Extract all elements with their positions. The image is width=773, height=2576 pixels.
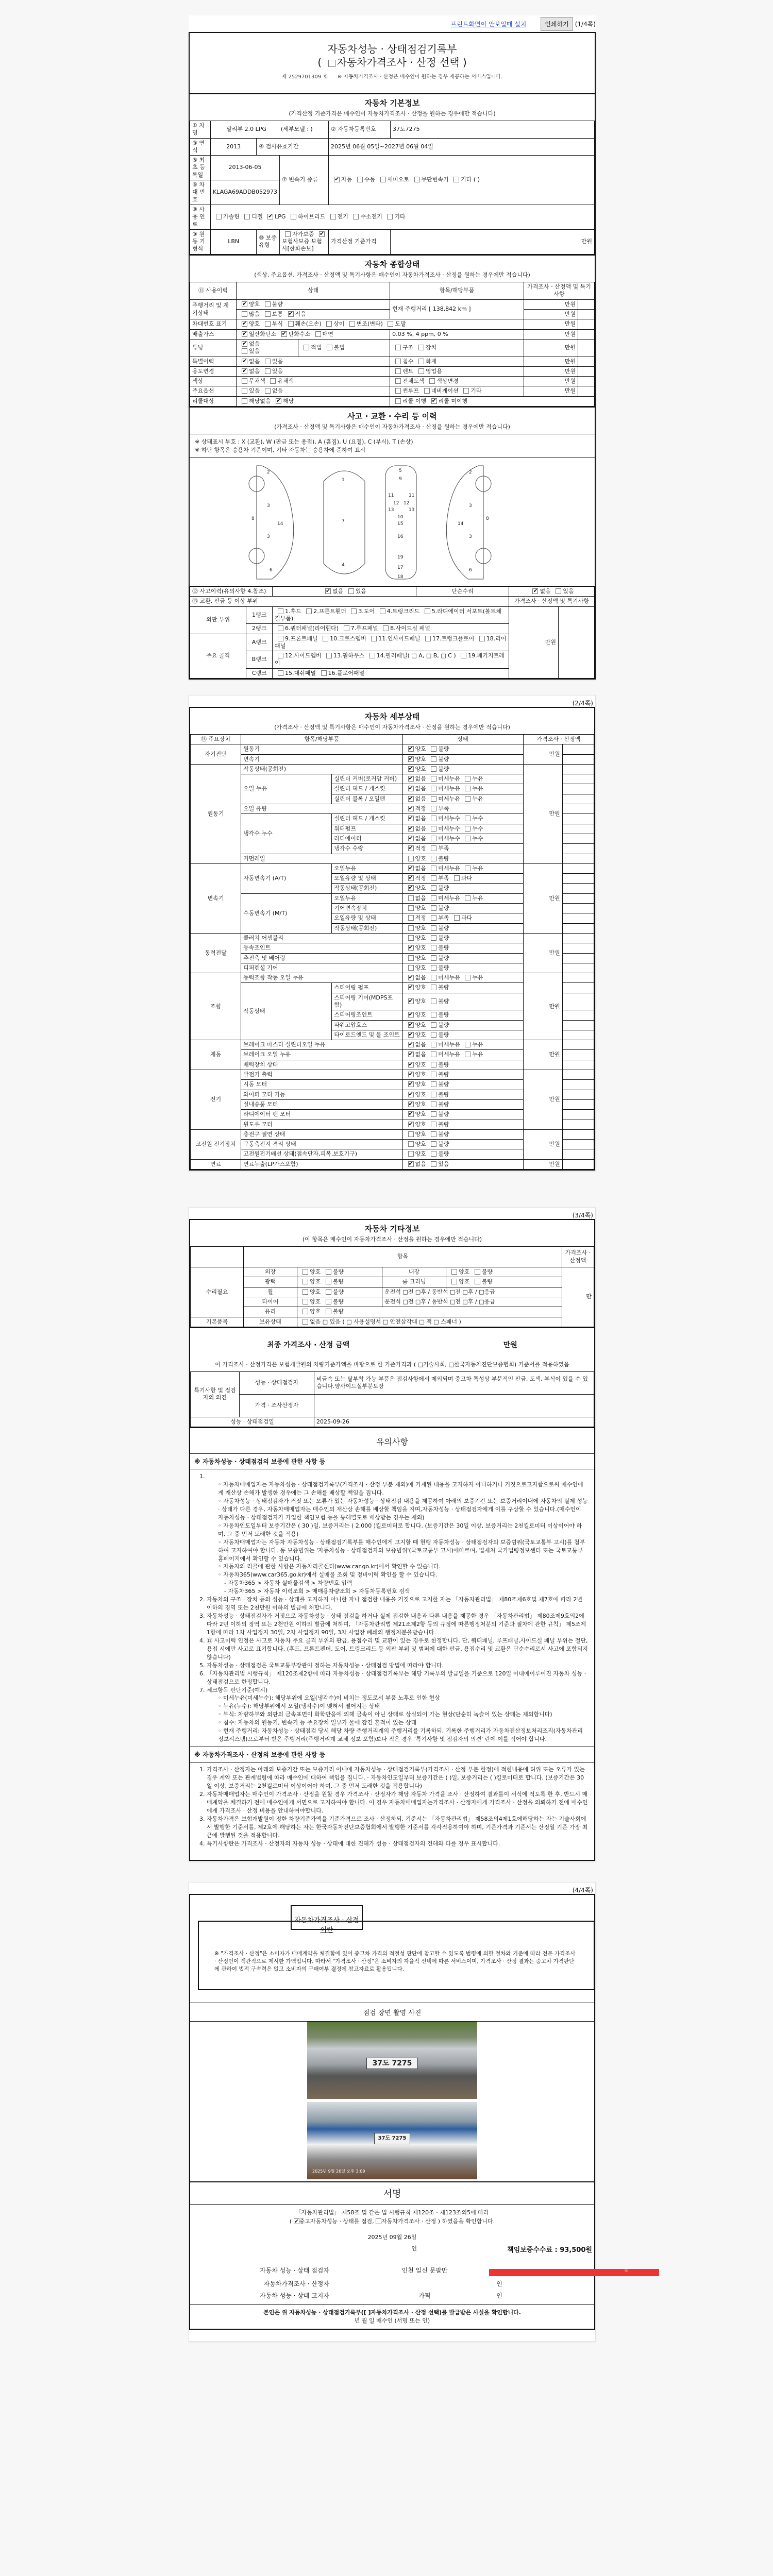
- svg-text:7: 7: [342, 519, 345, 524]
- checkbox[interactable]: [431, 998, 436, 1004]
- year-value: 2013: [211, 138, 257, 156]
- checkbox[interactable]: [465, 776, 470, 782]
- checkbox[interactable]: [431, 826, 436, 832]
- checkbox[interactable]: [242, 301, 247, 307]
- checkbox[interactable]: [395, 359, 401, 364]
- checkbox[interactable]: [431, 1131, 436, 1137]
- checkbox[interactable]: [326, 1299, 331, 1304]
- checkbox[interactable]: [408, 1122, 414, 1127]
- checkbox[interactable]: [418, 345, 424, 350]
- checkbox[interactable]: [303, 1279, 308, 1284]
- checkbox[interactable]: [451, 1279, 457, 1284]
- checkbox[interactable]: [465, 786, 470, 791]
- checkbox[interactable]: [431, 895, 436, 901]
- checkbox[interactable]: [408, 975, 414, 980]
- table-row: 주행거리 및 계기상태양호 불량현재 주행거리 [ 138,842 km ]만원: [190, 299, 595, 309]
- notice-title: 유의사항: [190, 1427, 594, 1453]
- checkbox[interactable]: [408, 1012, 414, 1018]
- checkbox[interactable]: [408, 998, 414, 1004]
- checkbox[interactable]: [326, 1289, 331, 1295]
- name-value: 말리부 2.0 LPG (세부모델 : ): [211, 121, 329, 139]
- checkbox[interactable]: [216, 214, 222, 219]
- checkbox[interactable]: [265, 388, 271, 394]
- photo-title: 점검 장면 촬영 사진: [190, 2003, 594, 2022]
- checkbox[interactable]: [431, 796, 436, 802]
- checkbox[interactable]: [431, 1022, 436, 1028]
- checkbox[interactable]: [380, 608, 385, 614]
- warranty-options: 자가보증 보험사보증 보험사[한화손보]: [279, 229, 328, 254]
- checkbox[interactable]: [265, 368, 271, 374]
- checkbox[interactable]: [431, 1032, 436, 1038]
- checkbox[interactable]: [431, 1101, 436, 1107]
- checkbox[interactable]: [278, 670, 283, 676]
- svg-text:13: 13: [388, 507, 394, 513]
- table-row: 배출가스일산화탄소 탄화수소 매연0.03 %, 4 ppm, 0 %만원: [190, 329, 595, 339]
- checkbox[interactable]: [408, 965, 414, 971]
- checkbox[interactable]: [265, 301, 271, 307]
- checkbox[interactable]: [408, 796, 414, 802]
- checkbox[interactable]: [319, 231, 325, 237]
- checkbox[interactable]: [453, 177, 459, 182]
- checkbox[interactable]: [288, 321, 294, 327]
- checkbox[interactable]: [408, 766, 414, 772]
- checkbox[interactable]: [408, 756, 414, 762]
- svg-text:9: 9: [399, 477, 402, 482]
- svg-text:4: 4: [342, 563, 345, 568]
- checkbox[interactable]: [431, 786, 436, 791]
- table-row: 전기발전기 출력양호 불량만원: [191, 1070, 594, 1080]
- checkbox[interactable]: [556, 588, 561, 594]
- page-4: (4/4쪽) 자동차가격조사 · 산정이란 ※ "가격조사 · 산정"은 소비자…: [189, 1882, 596, 2342]
- notice-heading-1: ※ 자동차성능 · 상태점검의 보증에 관한 사항 등: [190, 1453, 594, 1469]
- reg-label: ② 자동차등록번호: [328, 121, 390, 139]
- final-price-row: 최종 가격조사 · 산정 금액 만원: [190, 1327, 594, 1358]
- checkbox[interactable]: [408, 895, 414, 901]
- page-number-3: (3/4쪽): [189, 1208, 595, 1219]
- price-survey-checkbox-2[interactable]: [376, 2218, 381, 2224]
- table-row: 특별이력없음 있음침수 화재만원: [190, 357, 595, 366]
- accident-subtitle: (가격조사 · 산정액 및 특기사항은 매수인이 자동차가격조사 · 산정을 원…: [190, 422, 595, 434]
- checkbox[interactable]: [408, 1032, 414, 1038]
- checkbox[interactable]: [461, 653, 466, 658]
- checkbox[interactable]: [270, 378, 276, 384]
- table-row: 리콜대상해당없음 해당리콜 이행 리콜 미이행: [190, 396, 595, 406]
- checkbox[interactable]: [431, 985, 436, 990]
- checkbox[interactable]: [454, 875, 460, 881]
- checkbox[interactable]: [395, 378, 401, 384]
- svg-text:11: 11: [409, 493, 414, 498]
- svg-text:10: 10: [397, 515, 404, 520]
- checkbox[interactable]: [408, 1072, 414, 1077]
- checkbox[interactable]: [475, 1269, 480, 1275]
- checkbox[interactable]: [387, 214, 393, 219]
- checkbox[interactable]: [278, 653, 283, 658]
- checkbox[interactable]: [429, 378, 435, 384]
- svg-text:8: 8: [486, 516, 489, 521]
- svg-text:1: 1: [342, 478, 345, 483]
- vin-value: KLAGA69ADDB052973: [211, 180, 280, 205]
- checkbox[interactable]: [242, 348, 247, 354]
- price-survey-checkbox[interactable]: [328, 60, 335, 67]
- checkbox[interactable]: [431, 1052, 436, 1057]
- checkbox[interactable]: [281, 331, 287, 337]
- trans-options: 자동 수동 세미오토 무단변속기 기타 ( ): [328, 156, 594, 205]
- top-toolbar: 프린트화면이 안보일때 설치 인쇄하기 (1/4쪽): [189, 15, 596, 32]
- checkbox[interactable]: [431, 1111, 436, 1117]
- checkbox[interactable]: [408, 925, 414, 931]
- checkbox[interactable]: [431, 398, 437, 404]
- checkbox[interactable]: [334, 177, 340, 182]
- checkbox[interactable]: [408, 866, 414, 871]
- checkbox[interactable]: [351, 608, 357, 614]
- notice-heading-2: ※ 자동차가격조사 · 산정의 보증에 관한 사항 등: [190, 1747, 594, 1762]
- checkbox[interactable]: [414, 177, 420, 182]
- checkbox[interactable]: [431, 766, 436, 772]
- checkbox[interactable]: [380, 177, 386, 182]
- checkbox[interactable]: [303, 1289, 308, 1295]
- svg-text:6: 6: [469, 568, 472, 573]
- checkbox[interactable]: [431, 975, 436, 980]
- signers-list: 자동차 성능 · 상태 점검자인천 일신 문팔만印자동차가격조사 · 산정자인자…: [190, 2264, 594, 2301]
- basic-info-table: ① 차명 말리부 2.0 LPG (세부모델 : ) ② 자동차등록번호 37도…: [190, 121, 595, 255]
- checkbox[interactable]: [408, 786, 414, 791]
- checkbox[interactable]: [431, 1092, 436, 1097]
- checkbox[interactable]: [425, 636, 431, 641]
- checkbox[interactable]: [463, 388, 469, 394]
- checkbox[interactable]: [408, 746, 414, 752]
- checkbox[interactable]: [431, 1081, 436, 1087]
- inspection-photo-front: 37도 7275: [307, 2022, 477, 2099]
- table-row: 제동브레이크 마스터 실린더오일 누유없음 미세누유 누유만원: [191, 1040, 594, 1050]
- checkbox[interactable]: [242, 398, 247, 404]
- svg-text:8: 8: [251, 516, 255, 521]
- svg-text:16: 16: [397, 534, 404, 539]
- checkbox[interactable]: [408, 1042, 414, 1047]
- checkbox[interactable]: [408, 1062, 414, 1067]
- checkbox[interactable]: [408, 1022, 414, 1028]
- svg-text:3: 3: [267, 503, 270, 509]
- buyer-confirmation: 본인은 위 자동차성능 · 상태점검기록부([ ]자동차가격조사 · 산정 선택…: [190, 2304, 594, 2329]
- table-row: 휠양호 불량운전석 □전 □후 / 동반석 □전 □후 / □응급: [191, 1287, 594, 1297]
- checkbox[interactable]: [431, 1161, 436, 1167]
- checkbox[interactable]: [424, 388, 430, 394]
- base-price-label: 가격산정 기준가격: [328, 229, 390, 254]
- checkbox[interactable]: [475, 1279, 480, 1284]
- document-header: 자동차성능 · 상태점검기록부 ( 자동차가격조사 · 산정 선택 ) 제 25…: [190, 33, 595, 94]
- checkbox[interactable]: [408, 1131, 414, 1137]
- svg-text:12: 12: [393, 501, 399, 506]
- svg-text:14: 14: [458, 521, 464, 527]
- checkbox[interactable]: [395, 398, 401, 404]
- checkbox[interactable]: [408, 836, 414, 841]
- first-reg-label: ⑤ 최초 등록일: [190, 156, 211, 180]
- checkbox[interactable]: [321, 670, 327, 676]
- inspector-opinion: 비금속 또는 탈부착 가능 부품은 점검사항에서 제외되며 중고차 특성상 부분…: [314, 1371, 594, 1394]
- table-row: 동력전달클러치 어셈블리양호 불량만원: [191, 933, 594, 943]
- checkbox[interactable]: [408, 816, 414, 821]
- checkbox[interactable]: [369, 653, 375, 658]
- checkbox[interactable]: [408, 845, 414, 851]
- checkbox[interactable]: [244, 214, 250, 219]
- checkbox[interactable]: [431, 806, 436, 811]
- print-help-link[interactable]: 프린트화면이 안보일때 설치: [451, 20, 527, 28]
- svg-text:5: 5: [399, 468, 402, 473]
- detail-status-table: ⑭ 주요장치항목/해당부품상태가격조사 · 산정액자기진단원동기양호 불량만원변…: [190, 734, 594, 1170]
- checkbox[interactable]: [465, 816, 470, 821]
- explanation-text: ※ "가격조사 · 산정"은 소비자가 매매계약을 체결함에 있어 중고차 가격…: [198, 1921, 595, 1990]
- checkbox[interactable]: [326, 321, 332, 327]
- checkbox[interactable]: [431, 756, 436, 762]
- checkbox[interactable]: [267, 214, 273, 219]
- checkbox[interactable]: [303, 1319, 308, 1325]
- checkbox[interactable]: [326, 1279, 331, 1284]
- notice-list-2: 가격조사 · 산정자는 아래의 보증기간 또는 보증거리 이내에 자동차성능 ·…: [190, 1762, 594, 1860]
- trans-label: ⑦ 변속기 종류: [279, 156, 328, 205]
- print-button[interactable]: 인쇄하기: [541, 17, 573, 31]
- checkbox[interactable]: [431, 965, 436, 971]
- checkbox[interactable]: [431, 1042, 436, 1047]
- notice-list-1: 자동차매매업자는 자동차성능 · 상태점검기록부(가격조사 · 산정 부분 제외…: [190, 1469, 594, 1747]
- page-3: (3/4쪽) 자동차 기타정보 (이 항목은 매수인이 자동차가격조사 · 산정…: [189, 1207, 596, 1861]
- used-car-check-checkbox[interactable]: [294, 2218, 299, 2224]
- table-row: 수리필요외장양호 불량내장양호 불량만: [191, 1267, 594, 1277]
- checkbox[interactable]: [408, 1111, 414, 1117]
- signature-title: 서명: [190, 2181, 594, 2205]
- checkbox[interactable]: [408, 1151, 414, 1157]
- checkbox[interactable]: [304, 345, 309, 350]
- svg-text:11: 11: [388, 493, 394, 498]
- checkbox[interactable]: [242, 378, 247, 384]
- table-row: 튜닝없음있음적법 불법구조 장치만원: [190, 339, 595, 357]
- base-price-value: 만원: [390, 229, 594, 254]
- checkbox[interactable]: [306, 608, 312, 614]
- checkbox[interactable]: [278, 636, 283, 641]
- signer-row: 자동차가격조사 · 산정자인: [190, 2278, 594, 2290]
- checkbox[interactable]: [431, 836, 436, 841]
- table-row: 타이어양호 불량운전석 □전 □후 / 동반석 □전 □후 / □응급: [191, 1297, 594, 1307]
- checkbox[interactable]: [408, 985, 414, 990]
- checkbox[interactable]: [408, 1141, 414, 1147]
- checkbox[interactable]: [431, 875, 436, 881]
- checkbox[interactable]: [326, 653, 332, 658]
- warranty-label: ⑩ 보증 유형: [257, 229, 280, 254]
- checkbox[interactable]: [465, 796, 470, 802]
- checkbox[interactable]: [408, 945, 414, 951]
- checkbox[interactable]: [303, 1309, 308, 1314]
- checkbox[interactable]: [465, 1042, 470, 1047]
- checkbox[interactable]: [265, 321, 271, 327]
- checkbox[interactable]: [388, 321, 393, 327]
- checkbox[interactable]: [348, 588, 354, 594]
- checkbox[interactable]: [418, 359, 424, 364]
- checkbox[interactable]: [278, 625, 283, 631]
- checkbox[interactable]: [431, 945, 436, 951]
- checkbox[interactable]: [408, 776, 414, 782]
- svg-text:6: 6: [270, 568, 273, 573]
- checkbox[interactable]: [326, 1269, 331, 1275]
- checkbox[interactable]: [431, 1012, 436, 1018]
- table-row: 조향동력조향 작동 오일 누유없음 미세누유 누유만원: [191, 973, 594, 983]
- checkbox[interactable]: [454, 915, 460, 921]
- checkbox[interactable]: [408, 1101, 414, 1107]
- engine-value: LBN: [211, 229, 257, 254]
- checkbox[interactable]: [431, 905, 436, 911]
- svg-text:19: 19: [397, 555, 404, 560]
- checkbox[interactable]: [395, 388, 401, 394]
- checkbox[interactable]: [303, 1299, 308, 1304]
- checkbox[interactable]: [408, 1081, 414, 1087]
- checkbox[interactable]: [303, 1269, 308, 1275]
- fuel-options: 가솔린 디젤 LPG 하이브리드 전기 수소전기 기타: [211, 205, 595, 229]
- checkbox[interactable]: [431, 915, 436, 921]
- svg-text:3: 3: [469, 534, 472, 539]
- fuel-label: ⑧ 사용 연료: [190, 205, 211, 229]
- checkbox[interactable]: [288, 311, 294, 317]
- checkbox[interactable]: [425, 608, 430, 614]
- page-1: 자동차성능 · 상태점검기록부 ( 자동차가격조사 · 산정 선택 ) 제 25…: [189, 32, 596, 680]
- checkbox[interactable]: [242, 311, 247, 317]
- checkbox[interactable]: [395, 345, 401, 350]
- svg-text:3: 3: [469, 503, 472, 509]
- checkbox[interactable]: [395, 368, 401, 374]
- checkbox[interactable]: [383, 625, 389, 631]
- first-reg-value: 2013-06-05: [211, 156, 280, 180]
- checkbox[interactable]: [242, 341, 247, 347]
- svg-text:15: 15: [397, 521, 403, 527]
- checkbox[interactable]: [330, 214, 336, 219]
- checkbox[interactable]: [465, 836, 470, 841]
- checkbox[interactable]: [431, 746, 436, 752]
- checkbox[interactable]: [431, 885, 436, 891]
- checkbox[interactable]: [465, 826, 470, 832]
- checkbox[interactable]: [242, 388, 247, 394]
- engine-label: ⑨ 원동 기형식: [190, 229, 211, 254]
- checkbox[interactable]: [408, 1092, 414, 1097]
- checkbox[interactable]: [265, 311, 271, 317]
- checkbox[interactable]: [265, 359, 271, 364]
- warranty-fee: 책임보증수수료 : 93,500원: [417, 2244, 592, 2254]
- checkbox[interactable]: [465, 1052, 470, 1057]
- document-title: 자동차성능 · 상태점검기록부: [190, 42, 595, 56]
- checkbox[interactable]: [353, 214, 359, 219]
- table-row: 차대번호 표기양호 부식 훼손(오손) 상이 변조(변타) 도말만원: [190, 319, 595, 329]
- checkbox[interactable]: [431, 1151, 436, 1157]
- checkbox[interactable]: [323, 636, 328, 641]
- checkbox[interactable]: [465, 895, 470, 901]
- checkbox[interactable]: [451, 1269, 457, 1275]
- checkbox[interactable]: [431, 776, 436, 782]
- checkbox[interactable]: [408, 935, 414, 941]
- table-row: 변속기자동변속기 (A/T)오일누유없음 미세누유 누유만원: [191, 863, 594, 873]
- checkbox[interactable]: [431, 955, 436, 961]
- car-left-side-icon: 23 38 146: [249, 466, 294, 579]
- checkbox[interactable]: [276, 398, 281, 404]
- svg-text:12: 12: [404, 501, 409, 506]
- checkbox[interactable]: [431, 856, 436, 861]
- checkbox[interactable]: [408, 915, 414, 921]
- checkbox[interactable]: [431, 1072, 436, 1077]
- page-2: (2/4쪽) 자동차 세부상태 (가격조사 · 산정액 및 특기사항은 매수인이…: [189, 695, 596, 1171]
- checkbox[interactable]: [291, 214, 296, 219]
- page-number-2: (2/4쪽): [189, 696, 595, 707]
- checkbox[interactable]: [479, 636, 485, 641]
- signer-row: 자동차 성능 · 상태 점검자인천 일신 문팔만印: [190, 2264, 594, 2278]
- checkbox[interactable]: [431, 1062, 436, 1067]
- year-label: ③ 연식: [190, 138, 211, 156]
- checkbox[interactable]: [431, 925, 436, 931]
- checkbox[interactable]: [418, 368, 424, 374]
- checkbox[interactable]: [408, 1161, 414, 1167]
- checkbox[interactable]: [285, 231, 291, 237]
- inspection-photo-lift: 37도 7275 2025년 9월 26일 오후 3:09: [307, 2102, 477, 2179]
- checkbox[interactable]: [431, 1141, 436, 1147]
- page-number: (1/4쪽): [575, 20, 596, 28]
- checkbox[interactable]: [326, 1309, 331, 1314]
- checkbox[interactable]: [408, 1052, 414, 1057]
- checkbox[interactable]: [371, 636, 377, 641]
- checkbox[interactable]: [315, 331, 321, 337]
- checkbox[interactable]: [431, 816, 436, 821]
- symbol-notes: ※ 상태표시 부호 : X (교환), W (판금 또는 용접), A (흠집)…: [190, 434, 595, 457]
- checkbox[interactable]: [465, 866, 470, 871]
- detail-subtitle: (가격조사 · 산정액 및 특기사항은 매수인이 자동차가격조사 · 산정을 원…: [190, 723, 594, 734]
- car-right-side-icon: 23 38 146: [446, 466, 491, 579]
- checkbox[interactable]: [431, 1122, 436, 1127]
- accident-table: ⑫ 사고이력(유의사항 4.참조)없음 있음단순수리없음 있음⑬ 교환, 판금 …: [190, 586, 595, 679]
- checkbox[interactable]: [408, 955, 414, 961]
- checkbox[interactable]: [278, 608, 283, 614]
- checkbox[interactable]: [242, 321, 247, 327]
- table-row: 색상무채색 유채색전체도색 색상변경만원: [190, 377, 595, 386]
- checkbox[interactable]: [408, 826, 414, 832]
- checkbox[interactable]: [327, 345, 332, 350]
- checkbox[interactable]: [357, 177, 363, 182]
- table-row: 유리양호 불량: [191, 1307, 594, 1317]
- checkbox[interactable]: [349, 321, 355, 327]
- checkbox[interactable]: [431, 845, 436, 851]
- checkbox[interactable]: [532, 588, 538, 594]
- vin-label: ⑥ 차대 번호: [190, 180, 211, 205]
- inspection-date: 2025-09-26: [314, 1417, 594, 1427]
- checkbox[interactable]: [242, 331, 247, 337]
- checkbox[interactable]: [408, 856, 414, 861]
- checkbox[interactable]: [242, 359, 247, 364]
- table-row: 연료연료누출(LP가스포함)없음 있음만원: [191, 1159, 594, 1169]
- fee-row: 인 책임보증수수료 : 93,500원: [190, 2243, 594, 2264]
- checkbox[interactable]: [408, 905, 414, 911]
- svg-text:17: 17: [397, 565, 403, 570]
- valid-label: ④ 검사유효기간: [257, 138, 329, 156]
- checkbox[interactable]: [465, 975, 470, 980]
- signer-row: 자동차 성능 · 상태 고지자카픽인: [190, 2290, 594, 2301]
- overall-subtitle: (색상, 주요옵션, 가격조사 · 산정액 및 특기사항은 매수인이 자동차가격…: [190, 270, 595, 282]
- checkbox[interactable]: [408, 806, 414, 811]
- checkbox[interactable]: [344, 625, 349, 631]
- checkbox[interactable]: [408, 885, 414, 891]
- checkbox[interactable]: [431, 935, 436, 941]
- checkbox[interactable]: [431, 866, 436, 871]
- checkbox[interactable]: [242, 368, 247, 374]
- page-number-4: (4/4쪽): [189, 1883, 595, 1894]
- etc-title: 자동차 기타정보: [190, 1220, 594, 1235]
- accident-title: 사고 · 교환 · 수리 등 이력: [190, 408, 595, 422]
- table-row: 자기진단원동기양호 불량만원: [191, 744, 594, 754]
- opinion-table: 특기사항 및 점검자의 의견 성능 · 상태점검자 비금속 또는 탈부착 가능 …: [190, 1371, 594, 1427]
- table-row: 용도변경없음 있음렌트 영업용만원: [190, 366, 595, 376]
- checkbox[interactable]: [408, 875, 414, 881]
- checkbox[interactable]: [325, 588, 331, 594]
- table-row: 고전원 전기장치충전구 절연 상태양호 불량만원: [191, 1129, 594, 1139]
